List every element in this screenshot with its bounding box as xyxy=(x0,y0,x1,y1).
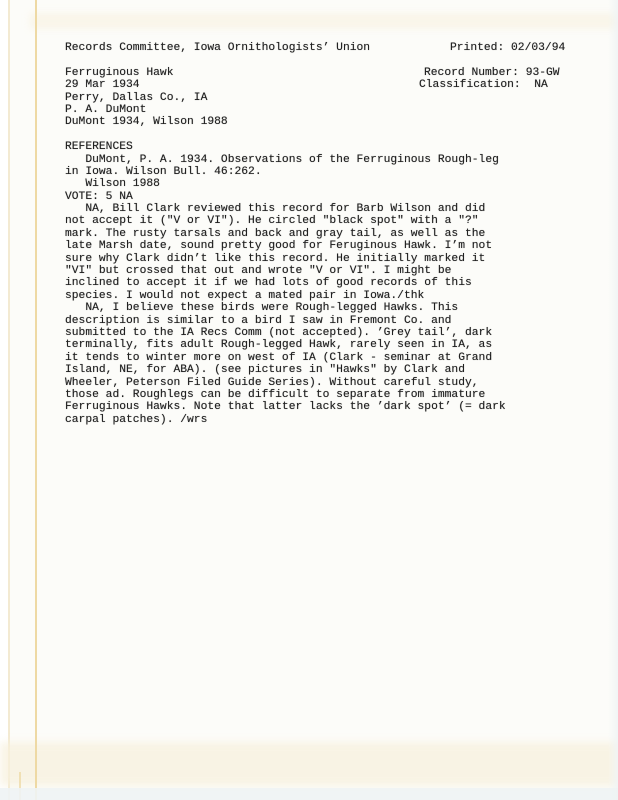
reference-line: in Iowa. Wilson Bull. 46:262. xyxy=(65,166,585,178)
comment-line: not accept it ("V or VI"). He circled "b… xyxy=(65,215,585,227)
comment-line: terminally, fits adult Rough-legged Hawk… xyxy=(65,339,585,351)
comment-line: inclined to accept it if we had lots of … xyxy=(65,277,585,289)
classification: Classification: NA xyxy=(419,79,548,91)
page-fold-line-faint xyxy=(8,0,10,800)
citations: DuMont 1934, Wilson 1988 xyxy=(65,116,585,128)
comment-line: species. I would not expect a mated pair… xyxy=(65,290,585,302)
reference-line: DuMont, P. A. 1934. Observations of the … xyxy=(65,154,585,166)
comment-line: NA, Bill Clark reviewed this record for … xyxy=(65,203,585,215)
comment-line: Ferruginous Hawks. Note that latter lack… xyxy=(65,401,585,413)
comment-line: it tends to winter more on west of IA (C… xyxy=(65,352,585,364)
scanned-document: Records Committee, Iowa Ornithologists’ … xyxy=(65,42,585,426)
comment-line: Wheeler, Peterson Filed Guide Series). W… xyxy=(65,377,585,389)
comment-line: NA, I believe these birds were Rough-leg… xyxy=(65,302,585,314)
record-number: Record Number: 93-GW xyxy=(424,67,560,79)
header-row-species: Ferruginous HawkRecord Number: 93-GW xyxy=(65,67,585,79)
observation-date: 29 Mar 1934 xyxy=(65,79,140,91)
scan-edge-bottom xyxy=(0,788,618,800)
comment-line: mark. The rusty tarsals and back and gra… xyxy=(65,228,585,240)
observer: P. A. DuMont xyxy=(65,104,585,116)
header-row-org: Records Committee, Iowa Ornithologists’ … xyxy=(65,42,585,54)
comment-line: sure why Clark didn’t like this record. … xyxy=(65,253,585,265)
species-name: Ferruginous Hawk xyxy=(65,67,173,79)
vote-line: VOTE: 5 NA xyxy=(65,191,585,203)
comment-line: carpal patches). /wrs xyxy=(65,414,585,426)
header-row-date: 29 Mar 1934Classification: NA xyxy=(65,79,585,91)
blank-line xyxy=(65,129,585,141)
comment-line: Island, NE, for ABA). (see pictures in "… xyxy=(65,364,585,376)
printed-date: Printed: 02/03/94 xyxy=(450,42,565,54)
comment-line: description is similar to a bird I saw i… xyxy=(65,315,585,327)
comment-line: those ad. Roughlegs can be difficult to … xyxy=(65,389,585,401)
scan-edge-right xyxy=(608,0,618,800)
location: Perry, Dallas Co., IA xyxy=(65,92,585,104)
page-edge-line xyxy=(35,0,37,800)
reference-line: Wilson 1988 xyxy=(65,178,585,190)
org-title: Records Committee, Iowa Ornithologists’ … xyxy=(65,42,370,54)
references-heading: REFERENCES xyxy=(65,141,585,153)
blank-line xyxy=(65,54,585,66)
scan-shading-bottom xyxy=(0,742,618,786)
comment-line: late Marsh date, sound pretty good for F… xyxy=(65,240,585,252)
scan-shading-top xyxy=(30,13,618,29)
scanner-bed-strip xyxy=(0,0,8,800)
comment-line: submitted to the IA Recs Comm (not accep… xyxy=(65,327,585,339)
comment-line: "VI" but crossed that out and wrote "V o… xyxy=(65,265,585,277)
